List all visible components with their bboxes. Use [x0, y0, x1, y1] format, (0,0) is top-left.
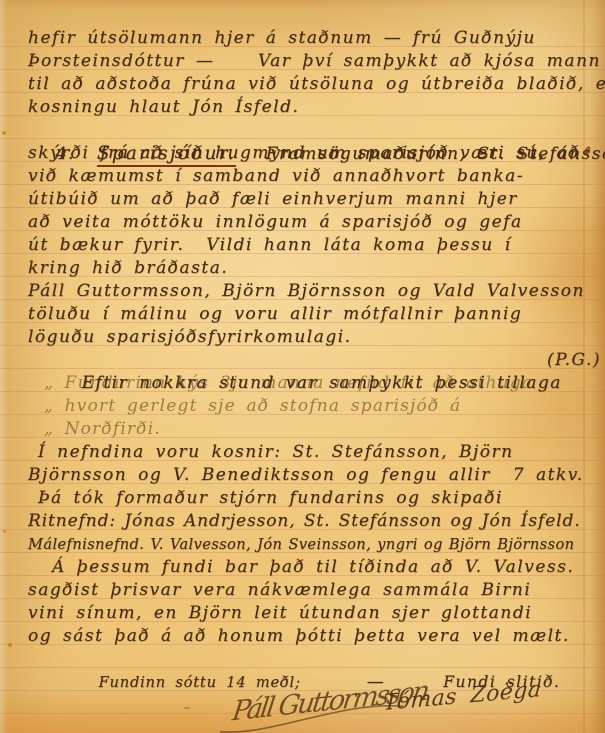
attendance-note: Fundinn sóttu 14 meðl;	[99, 671, 301, 694]
proposal-initials-note: (P.G.)	[547, 349, 601, 372]
manuscript-line: töluðu í málinu og voru allir mótfallnir…	[0, 303, 605, 326]
manuscript-line: Björnsson og V. Benediktsson og fengu al…	[0, 464, 605, 487]
manuscript-line: útibúið um að það fæli einhverjum manni …	[0, 188, 605, 211]
section-heading: 4.Sparisjóður.Framsögumaðurinn, St. Stef…	[0, 119, 605, 142]
manuscript-line: að veita móttöku innlögum á sparisjóð og…	[0, 211, 605, 234]
manuscript-line: Ritnefnd: Jónas Andrjesson, St. Stefánss…	[0, 510, 605, 533]
manuscript-line: og sást það á að honum þótti þetta vera …	[0, 625, 605, 648]
manuscript-line: Þorsteinsdóttur — Var því samþykkt að kj…	[0, 50, 605, 73]
manuscript-line: kosningu hlaut Jón Ísfeld.	[0, 96, 605, 119]
manuscript-line: Málefnisnefnd. V. Valvesson, Jón Sveinss…	[0, 533, 605, 556]
manuscript-line: Í nefndina voru kosnir: St. Stefánsson, …	[0, 441, 605, 464]
manuscript-line: Á þessum fundi bar það til tíðinda að V.…	[0, 556, 605, 579]
manuscript-line: Páll Guttormsson, Björn Björnsson og Val…	[0, 280, 605, 303]
signature-dash-mark: –	[183, 698, 191, 716]
manuscript-line: við kæmumst í samband við annaðhvort ban…	[0, 165, 605, 188]
manuscript-line: út bækur fyrir. Vildi hann láta koma þes…	[0, 234, 605, 257]
proposal-line: Eftir nokkra stund var samþykkt þessi ti…	[0, 349, 605, 372]
resolution-line-pencil: „ hvort gerlegt sje að stofna sparisjóð …	[0, 395, 605, 418]
manuscript-text: hefir útsölumann hjer á staðnum — frú Gu…	[0, 27, 605, 671]
proposal-text: Eftir nokkra stund var samþykkt þessi ti…	[82, 373, 562, 393]
resolution-line-pencil: „ Norðfirði.	[0, 418, 605, 441]
manuscript-line: til að aðstoða frúna við útsöluna og útb…	[0, 73, 605, 96]
manuscript-line: vini sínum, en Björn leit útundan sjer g…	[0, 602, 605, 625]
manuscript-line: sagðist þrisvar vera nákvæmlega sammála …	[0, 579, 605, 602]
manuscript-line: hefir útsölumann hjer á staðnum — frú Gu…	[0, 27, 605, 50]
manuscript-line: skýrði frá að sín hugmynd um sparisjóð v…	[0, 142, 605, 165]
manuscript-line: Þá tók formaður stjórn fundarins og skip…	[0, 487, 605, 510]
manuscript-line: löguðu sparisjóðsfyrirkomulagi.	[0, 326, 605, 349]
manuscript-line: kring hið bráðasta.	[0, 257, 605, 280]
closing-line: Fundinn sóttu 14 meðl;—Fundi slitið.	[0, 648, 605, 671]
